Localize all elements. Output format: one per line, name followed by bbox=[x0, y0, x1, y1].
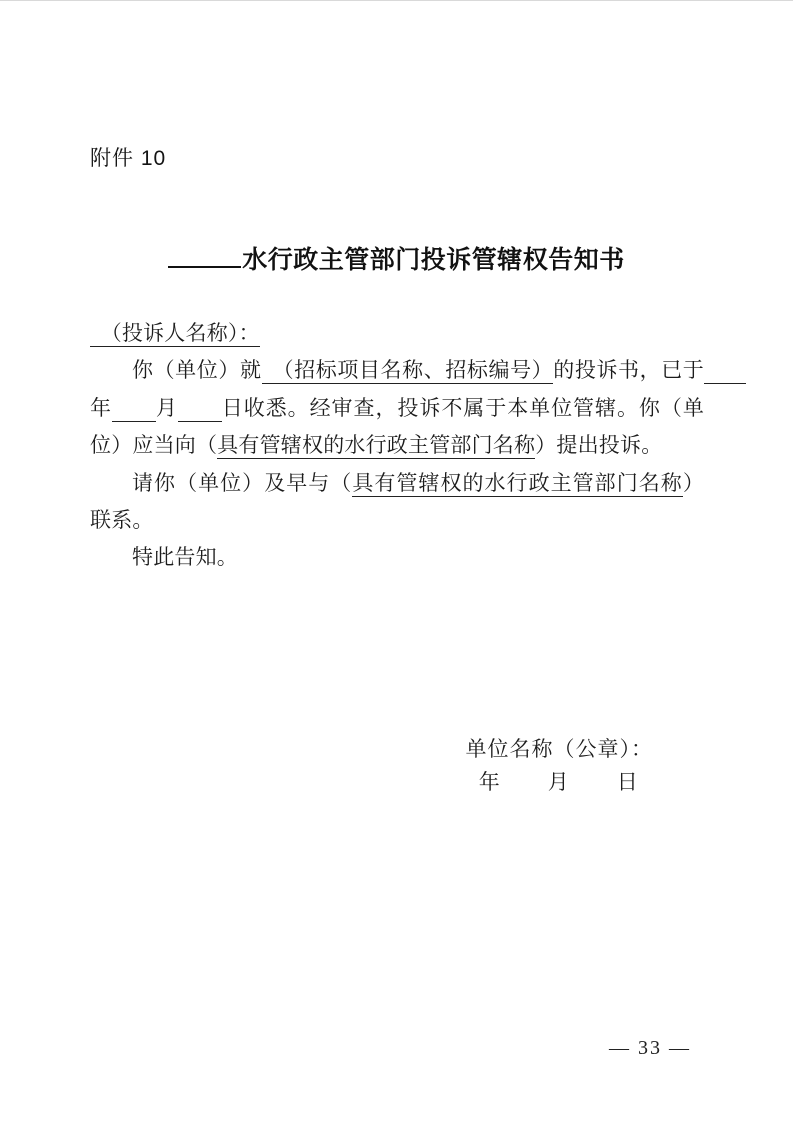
text-segment: 年 bbox=[90, 396, 112, 420]
fill-in-blank-underlined: （投诉人名称）： bbox=[90, 321, 260, 347]
text-segment: 月 bbox=[156, 396, 178, 420]
fill-in-blank-underlined: 具有管辖权的水行政主管部门名称 bbox=[217, 433, 535, 459]
fill-in-blank-underlined bbox=[112, 396, 156, 422]
document-page: 附件 10 水行政主管部门投诉管辖权告知书 （投诉人名称）： 你（单位）就 （招… bbox=[0, 0, 793, 1122]
fill-in-blank-underlined: 具有管辖权的水行政主管部门名称 bbox=[352, 471, 682, 497]
title-blank-line bbox=[168, 243, 241, 268]
text-segment: ）提出投诉。 bbox=[535, 433, 662, 457]
fill-in-blank-underlined bbox=[178, 396, 222, 422]
document-title-text: 水行政主管部门投诉管辖权告知书 bbox=[242, 246, 625, 274]
page-number: — 33 — bbox=[609, 1037, 691, 1060]
text-segment: 你（单位）就 bbox=[132, 358, 262, 382]
text-segment: 的投诉书，已于 bbox=[553, 358, 704, 382]
signature-block: 单位名称（公章）： 年 月 日 bbox=[466, 734, 654, 801]
paragraph-contact: 请你（单位）及早与（具有管辖权的水行政主管部门名称）联系。 bbox=[90, 465, 704, 540]
fill-in-blank-underlined bbox=[704, 358, 746, 384]
document-title: 水行政主管部门投诉管辖权告知书 bbox=[0, 240, 793, 276]
signature-unit-label: 单位名称（公章）： bbox=[466, 734, 654, 764]
attachment-label: 附件 10 bbox=[90, 142, 166, 172]
text-segment: 请你（单位）及早与（ bbox=[132, 471, 352, 495]
paragraph-addressee: （投诉人名称）： bbox=[90, 315, 704, 352]
fill-in-blank-underlined: （招标项目名称、招标编号） bbox=[262, 358, 554, 384]
paragraph-closing: 特此告知。 bbox=[90, 539, 704, 576]
paragraph-main: 你（单位）就 （招标项目名称、招标编号）的投诉书，已于 年 月 日收悉。经审查，… bbox=[90, 352, 704, 464]
text-segment: 特此告知。 bbox=[132, 545, 238, 569]
document-body: （投诉人名称）： 你（单位）就 （招标项目名称、招标编号）的投诉书，已于 年 月… bbox=[90, 315, 704, 577]
signature-date-label: 年 月 日 bbox=[466, 764, 654, 801]
